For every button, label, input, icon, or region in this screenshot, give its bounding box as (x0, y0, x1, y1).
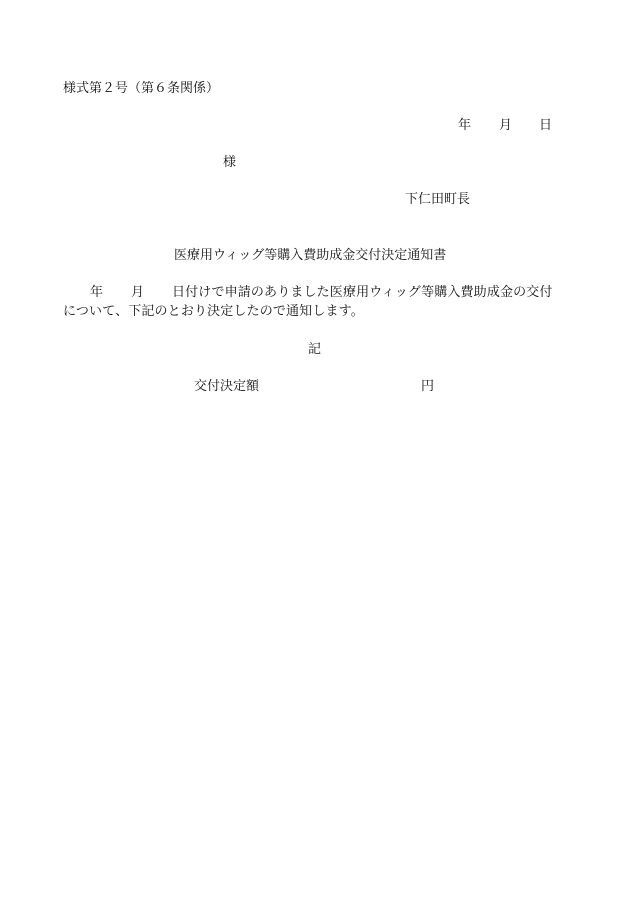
body-line2-text: について、下記のとおり決定したので通知します。 (63, 305, 364, 318)
document-title: 医療用ウィッグ等購入費助成金交付決定通知書 (174, 249, 446, 262)
amount-label: 交付決定額 (194, 380, 259, 393)
amount-unit: 円 (421, 380, 434, 393)
date-month-label: 月 (499, 119, 512, 132)
document-page: 様式第２号（第６条関係） 年 月 日 様 下仁田町長 医療用ウィッグ等購入費助成… (0, 0, 630, 903)
addressee-suffix: 様 (223, 156, 236, 169)
body-month-label: 月 (131, 286, 144, 299)
date-day-label: 日 (539, 119, 552, 132)
ki-heading: 記 (308, 343, 321, 356)
sender-name: 下仁田町長 (405, 193, 470, 206)
body-line1-text: 日付けで申請のありました医療用ウィッグ等購入費助成金の交付 (172, 286, 553, 299)
body-year-label: 年 (90, 286, 103, 299)
form-number: 様式第２号（第６条関係） (63, 82, 219, 95)
date-year-label: 年 (458, 119, 471, 132)
